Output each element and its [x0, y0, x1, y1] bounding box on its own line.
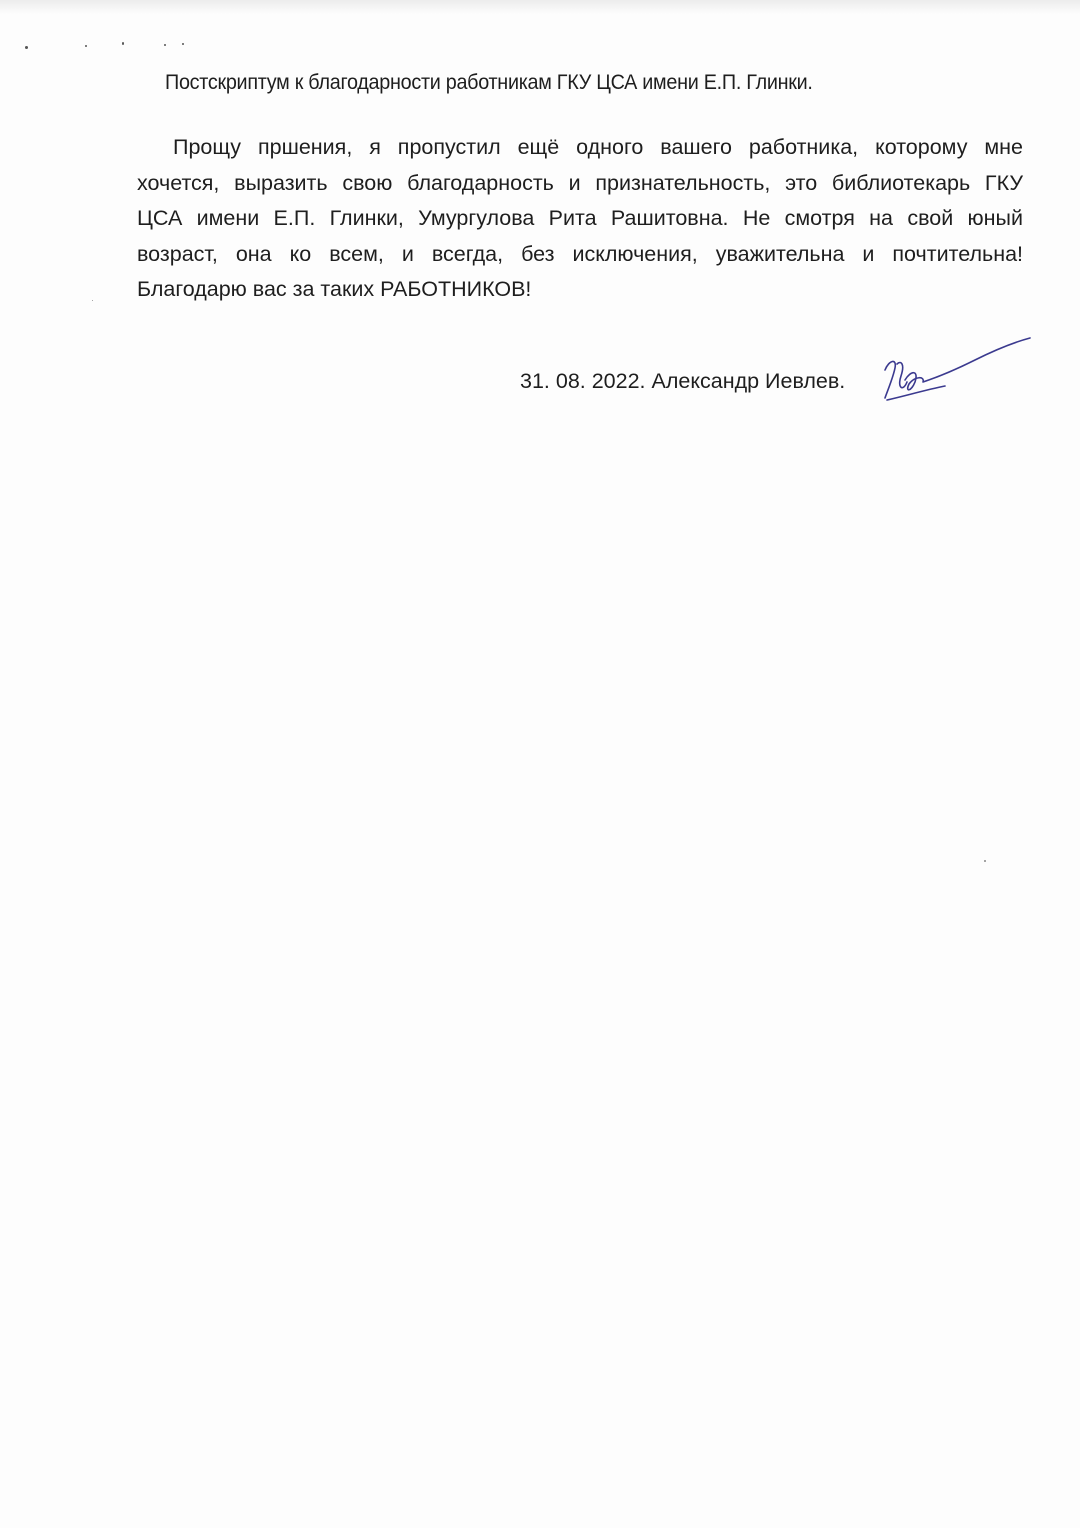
document-title: Постскриптум к благодарности работникам … — [165, 70, 813, 95]
body-line: Благодарю вас за таких РАБОТНИКОВ! — [137, 272, 1023, 308]
scan-dot — [984, 860, 986, 862]
body-paragraph: Прощу пршения, я пропустил ещё одного ва… — [137, 130, 1023, 308]
body-line: ЦСА имени Е.П. Глинки, Умургулова Рита Р… — [137, 201, 1023, 237]
body-line: Прощу пршения, я пропустил ещё одного ва… — [137, 130, 1023, 166]
scan-dot — [92, 300, 93, 301]
scan-edge-shadow — [0, 0, 1080, 14]
body-line: хочется, выразить свою благодарность и п… — [137, 166, 1023, 202]
scan-specks — [20, 40, 200, 52]
date-and-author: 31. 08. 2022. Александр Иевлев. — [520, 369, 845, 394]
body-line: возраст, она ко всем, и всегда, без искл… — [137, 237, 1023, 273]
handwritten-signature-icon — [875, 330, 1035, 405]
